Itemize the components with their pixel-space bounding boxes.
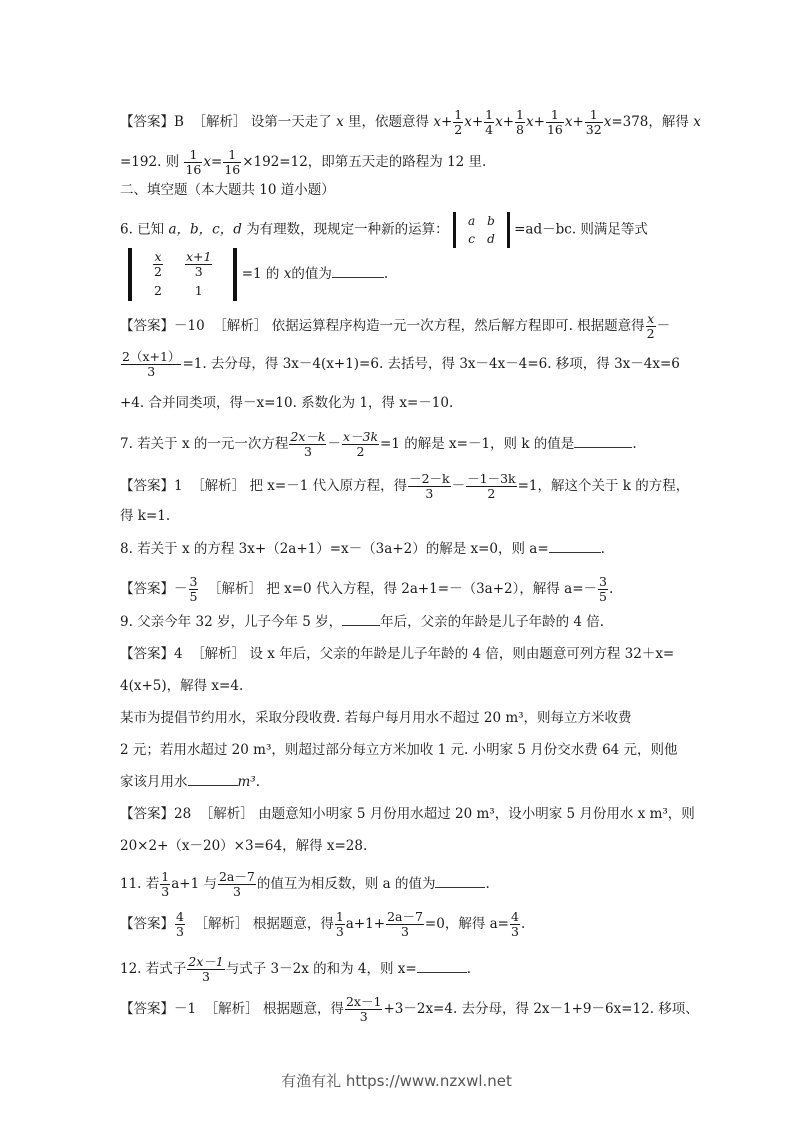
q9-answer-line2: 4(x+5)，解得 x=4. [120,678,243,694]
answer-blank [549,551,601,553]
q10-question-line2: 2 元；若用水超过 20 m³，则超过部分每立方米加收 1 元. 小明家 5 月… [120,742,678,758]
q5-answer-line1: 【答案】B ［解析］ 设第一天走了 x 里，依题意得 x+12x+14x+18x… [120,108,701,137]
q6-question-line1: 6. 已知 a，b，c，d 为有理数，现规定一种新的运算： abcd =ad－b… [120,212,648,248]
q7-answer-line2: 得 k=1. [120,508,170,524]
q7-answer-line1: 【答案】1 ［解析］ 把 x=－1 代入原方程，得－2－k3－－1－3k2=1，… [120,472,689,501]
answer-blank [417,971,467,973]
q11-answer: 【答案】43 ［解析］ 根据题意，得13a+1+2a－73=0，解得 a=43. [120,910,525,939]
analysis-label: ［解析］ [193,114,247,130]
q5-answer-line2: =192. 则 116x=116×192=12，即第五天走的路程为 12 里. [120,148,486,177]
answer-blank [574,446,632,448]
footer-watermark: 有渔有礼 https://www.nzxwl.net [0,1070,793,1091]
q8-answer: 【答案】－35 ［解析］ 把 x=0 代入方程，得 2a+1=－（3a+2），解… [120,575,613,604]
determinant-definition: abcd [453,212,510,248]
q6-answer-line3: +4. 合并同类项，得－x=10. 系数化为 1，得 x=－10. [120,395,453,411]
q6-question-line2: x2 x+13 21 =1 的 x的值为. [128,248,388,301]
q10-answer-line1: 【答案】28 ［解析］ 由题意知小明家 5 月份用水超过 20 m³，设小明家 … [120,806,695,822]
q9-question: 9. 父亲今年 32 岁，儿子今年 5 岁，年后，父亲的年龄是儿子年龄的 4 倍… [120,614,604,630]
answer-blank [332,276,384,278]
section-title: 二、填空题（本大题共 10 道小题） [120,182,335,198]
q12-question: 12. 若式子2x－13与式子 3－2x 的和为 4，则 x=. [120,955,471,984]
q7-question: 7. 若关于 x 的一元一次方程2x－k3－x－3k2=1 的解是 x=－1，则… [120,430,637,459]
answer-blank [188,784,238,786]
q6-answer-line1: 【答案】－10 ［解析］ 依据运算程序构造一元一次方程，然后解方程即可. 根据题… [120,312,670,341]
answer-blank [435,886,485,888]
q8-question: 8. 若关于 x 的方程 3x+（2a+1）=x－（3a+2）的解是 x=0，则… [120,541,605,557]
q11-question: 11. 若13a+1 与2a－73的值互为相反数，则 a 的值为. [120,870,490,899]
q6-answer-line2: 2（x+1）3=1. 去分母，得 3x－4(x+1)=6. 去括号，得 3x－4… [120,350,680,379]
answer-blank [342,624,380,626]
q9-answer-line1: 【答案】4 ［解析］ 设 x 年后，父亲的年龄是儿子年龄的 4 倍，则由题意可列… [120,646,674,662]
q10-question-line1: 某市为提倡节约用水，采取分段收费. 若每户每月用水不超过 20 m³，则每立方米… [120,710,632,726]
q12-answer: 【答案】－1 ［解析］ 根据题意，得2x－13+3－2x=4. 去分母，得 2x… [120,995,699,1024]
determinant-equation: x2 x+13 21 [128,248,237,301]
answer-label: 【答案】 [120,114,174,130]
q10-answer-line2: 20×2+（x－20）×3=64，解得 x=28. [120,838,367,854]
q10-question-line3: 家该月用水m³. [120,774,260,790]
